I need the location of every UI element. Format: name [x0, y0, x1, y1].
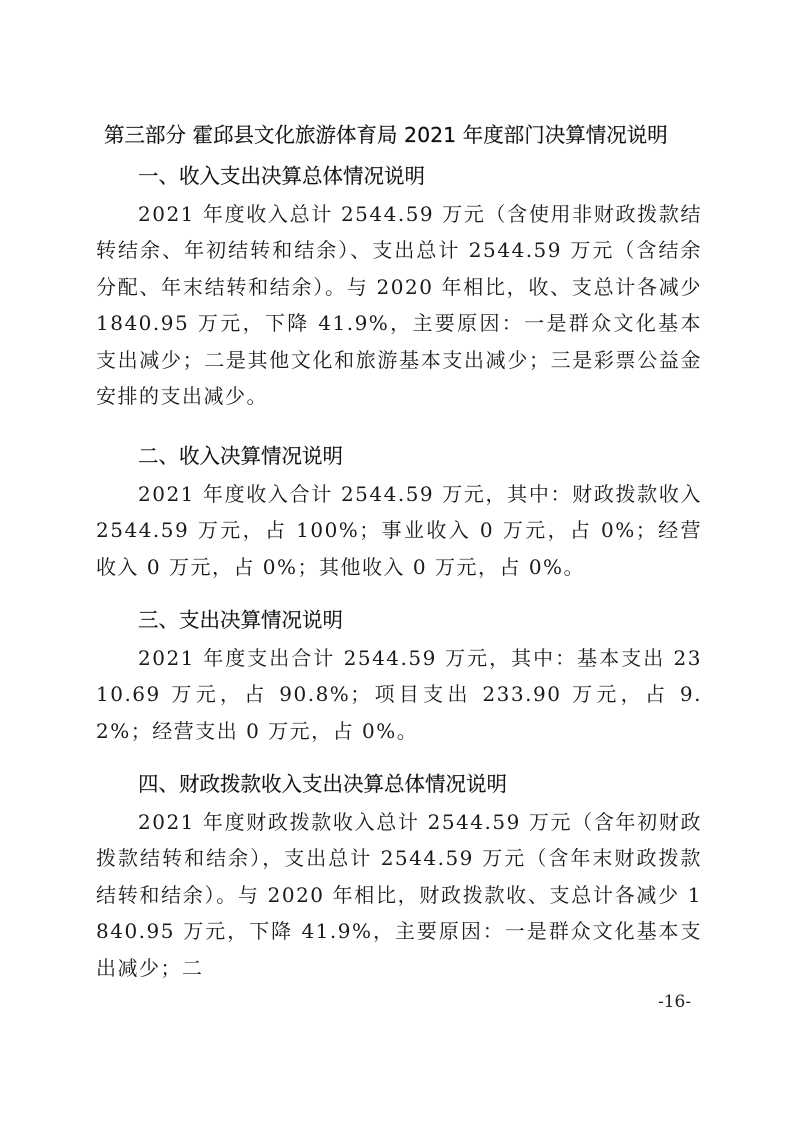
- section-paragraph-income-expenditure-overview: 2021 年度收入总计 2544.59 万元（含使用非财政拨款结转结余、年初结转…: [96, 196, 702, 414]
- page-number: -16-: [658, 990, 691, 1014]
- section-heading-income: 二、收入决算情况说明: [138, 441, 343, 471]
- section-paragraph-expenditure: 2021 年度支出合计 2544.59 万元，其中：基本支出 2310.69 万…: [96, 640, 702, 749]
- section-heading-expenditure: 三、支出决算情况说明: [138, 605, 343, 635]
- section-paragraph-income: 2021 年度收入合计 2544.59 万元，其中：财政拨款收入 2544.59…: [96, 476, 702, 585]
- section-paragraph-fiscal-appropriation-overview: 2021 年度财政拨款收入总计 2544.59 万元（含年初财政拨款结转和结余）…: [96, 804, 702, 986]
- section-heading-fiscal-appropriation-overview: 四、财政拨款收入支出决算总体情况说明: [138, 769, 507, 799]
- section-heading-income-expenditure-overview: 一、收入支出决算总体情况说明: [138, 161, 425, 191]
- document-title: 第三部分 霍邱县文化旅游体育局 2021 年度部门决算情况说明: [104, 120, 704, 150]
